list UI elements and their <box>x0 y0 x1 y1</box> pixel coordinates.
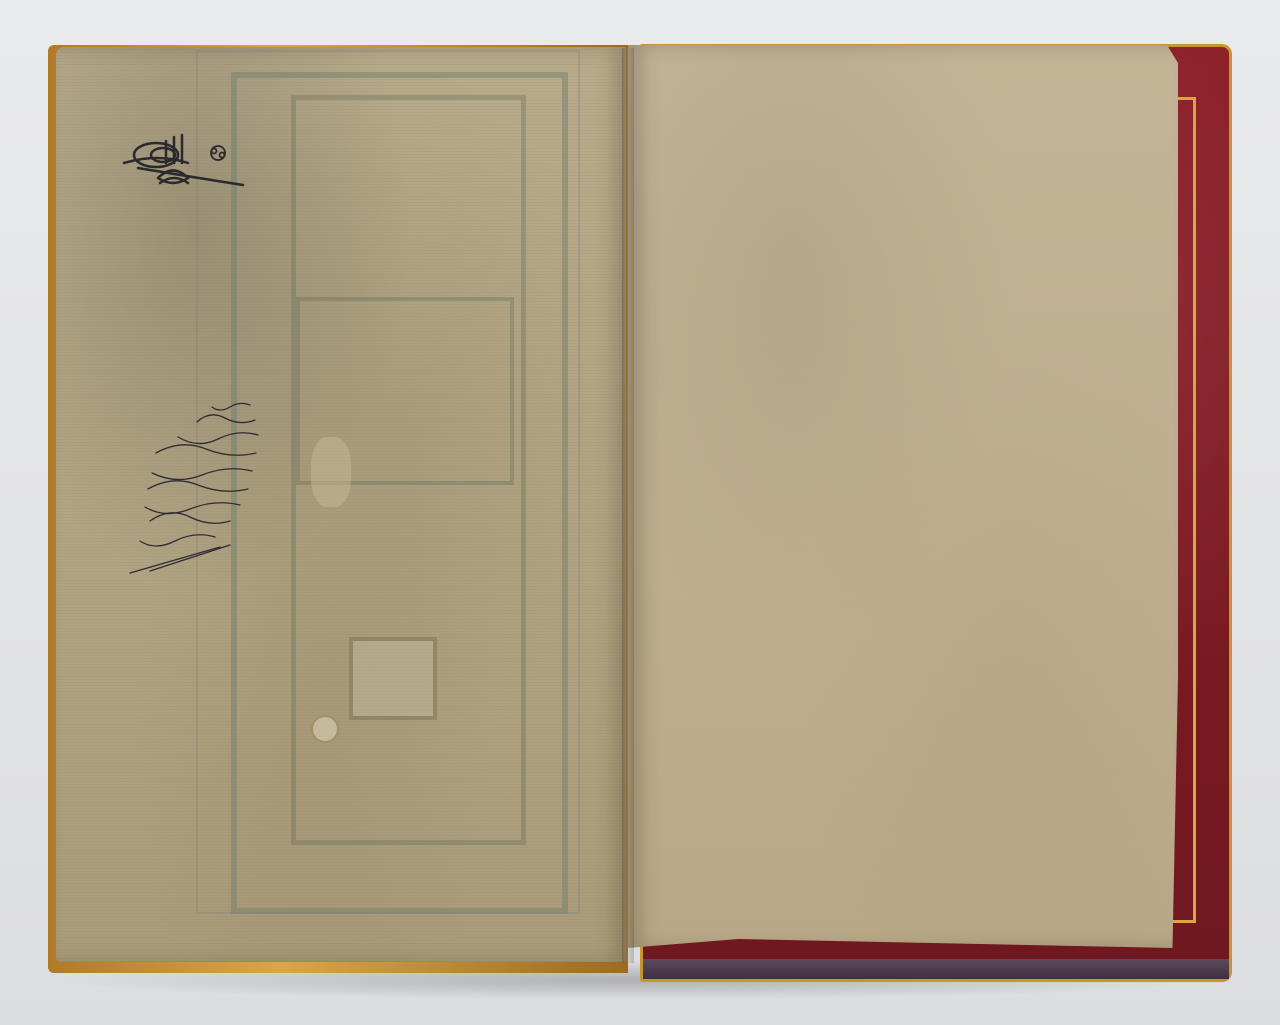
photo-background: Left page with faint ruled frames and st… <box>0 0 1280 1025</box>
right-page: Blank right page <box>628 45 1178 948</box>
handwritten-note: Handwritten Ottoman Turkish inscription … <box>120 395 270 575</box>
book-gutter <box>622 48 634 963</box>
small-square-panel <box>349 637 437 720</box>
paper-stain <box>311 715 339 743</box>
paper-stain <box>311 437 351 507</box>
tughra-icon: Imperial tughra (monogram) with small ro… <box>118 133 248 203</box>
cover-edge <box>643 959 1229 979</box>
